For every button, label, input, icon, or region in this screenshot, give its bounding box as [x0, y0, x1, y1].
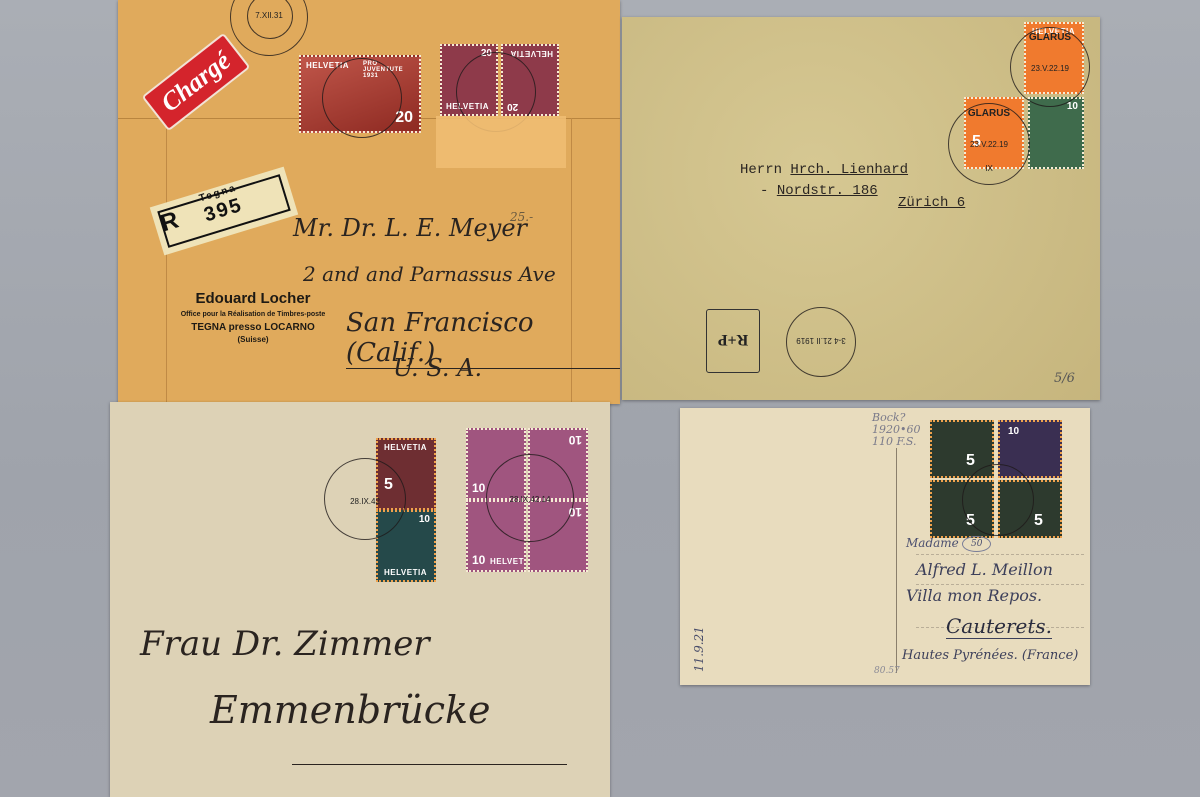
postmark-date: 7.XII.31: [231, 11, 307, 20]
cover-glarus-zurich: HELVETIA 5 10 GLARUS 23.V.22.19 GLARUS 2…: [622, 17, 1100, 400]
address-line-1: Mr. Dr. L. E. Meyer: [293, 214, 527, 242]
address-line-2: Emmenbrücke: [210, 688, 491, 732]
address-line-3: Villa mon Repos.: [906, 586, 1042, 605]
postmark-glarus: GLARUS 23.V.22.19 IX: [948, 103, 1030, 185]
pencil-note: 5/6: [1054, 371, 1075, 386]
address-line-2: - Nordstr. 186: [760, 183, 878, 199]
divider-line: [896, 448, 897, 673]
postmark-zurich: 3-4 21.II 1919: [786, 307, 856, 377]
pencil-note: 25.-: [510, 210, 533, 224]
address-line-2: Alfred L. Meillon: [916, 560, 1053, 579]
address-line-4: U. S. A.: [393, 354, 482, 382]
address-line-3: San Francisco (Calif.): [346, 308, 620, 369]
postcard-cauterets: Bock? 1920•60 110 F.S. 5 10 5 5 Madame 5…: [680, 408, 1090, 685]
rp-mark: R+P: [706, 309, 760, 373]
stamp-green-10: 10: [1028, 97, 1084, 169]
address-line-3: Zürich 6: [898, 195, 965, 211]
address-line-5: Hautes Pyrénées. (France): [902, 648, 1078, 663]
pencil-note-circled: 50: [962, 536, 991, 552]
tape-strip: [436, 116, 566, 168]
address-line-1: Madame: [906, 536, 959, 550]
postmark-glarus: GLARUS 23.V.22.19: [1010, 27, 1090, 107]
cover-emmenbrucke: HELVETIA 5 10 HELVETIA 28.IX.42 10 10 10…: [110, 402, 610, 797]
address-line-1: Frau Dr. Zimmer: [140, 624, 430, 664]
address-line-4: Cauterets.: [946, 614, 1052, 639]
handwritten-message: 11.9.21: [688, 442, 868, 672]
pencil-notes: Bock? 1920•60 110 F.S.: [872, 412, 920, 448]
pencil-note: 80.57: [874, 666, 900, 676]
postmark: [322, 58, 402, 138]
cover-registered-tegna: 7.XII.31 Chargé HELVETIA PRO JUVENTUTE 1…: [118, 0, 620, 404]
address-line-2: 2 and and Parnassus Ave: [303, 262, 556, 286]
underline: [292, 764, 567, 765]
sender-imprint: Edouard Locher Office pour la Réalisatio…: [170, 290, 336, 344]
postmark-emmenbrucke: 28.IX.42.14: [486, 454, 574, 542]
postmark: [962, 464, 1034, 536]
postmark-emmenbrucke: 28.IX.42: [324, 458, 406, 540]
address-line-1: Herrn Hrch. Lienhard: [740, 162, 908, 178]
